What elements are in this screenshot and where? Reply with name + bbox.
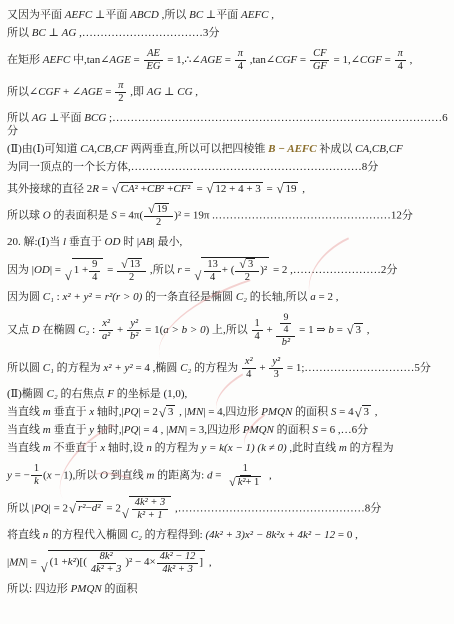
text-run: )² = 19π .…………………………………………12分 (174, 210, 413, 222)
solution-line: 20. 解:(Ⅰ)当 l 垂直于 OD 时 |AB| 最小, (7, 236, 450, 250)
text-run: 4 (255, 331, 260, 342)
text-run: 的面积 (102, 583, 138, 595)
text-run: 又因为平面 (7, 9, 65, 21)
text-run: , (372, 406, 378, 418)
text-run: = (297, 54, 309, 66)
text-run: 9 (283, 312, 288, 323)
math-symbol: 4k² + 3 (91, 564, 121, 575)
text-run: )[( (76, 556, 87, 570)
text-run: ,所以 (159, 9, 189, 21)
fraction: 8k²4k² + 3 (88, 551, 124, 576)
text-run: 中,tan∠ (70, 54, 109, 66)
math-symbol: F (107, 388, 114, 400)
text-run: 2 (118, 93, 123, 104)
radical-sign: √ (355, 404, 362, 419)
text-run: 1 + (74, 264, 88, 278)
text-run: 将直线 (7, 529, 43, 541)
text-run: 所以球 (7, 210, 43, 222)
math-symbol: 4k² − 12 (160, 551, 196, 562)
fraction: 94 (280, 312, 291, 336)
text-run: = (212, 469, 224, 481)
fraction: √32 (235, 258, 259, 284)
text-run: 的方程得到: (142, 529, 206, 541)
text-run: = (334, 324, 346, 336)
math-symbol: x² (245, 356, 253, 367)
text-run: = (99, 182, 111, 194)
radical-sign: √ (159, 404, 166, 419)
solution-line: 又点 D 在椭圆 C₂ : x²a² + y²b² = 1(a > b > 0)… (7, 312, 450, 349)
text-run: 当直线 (7, 424, 43, 436)
text-run: ² (187, 183, 190, 197)
math-symbol: m (339, 442, 347, 454)
math-symbol: AGE (81, 86, 102, 98)
solution-line: 所以 AG ⊥平面 BCG ;…………………………………………………………………… (7, 112, 450, 140)
radical-sign: √ (122, 495, 129, 521)
text-run: , (269, 9, 275, 21)
text-run: = 4π( (117, 210, 143, 222)
fraction: √192 (144, 203, 173, 229)
text-run: = (131, 54, 143, 66)
radical-sign: √ (347, 322, 354, 337)
solution-line: 所以: 四边形 PMQN 的面积 (7, 583, 450, 597)
math-symbol: AEFC (43, 54, 71, 66)
text-run: 所以: 四边形 (7, 583, 71, 595)
math-symbol: PQ (34, 502, 49, 514)
text-run: 9 (92, 259, 97, 270)
text-run: 的右焦点 (58, 388, 108, 400)
math-symbol: PQ (124, 406, 139, 418)
text-run: 在椭圆 (40, 324, 79, 336)
text-run: 的方程为 (54, 362, 104, 374)
text-run: + 1 (246, 477, 260, 489)
math-symbol: R (92, 182, 99, 194)
text-run: 4 (92, 272, 97, 283)
math-symbol: m (43, 442, 51, 454)
text-run: + (114, 324, 126, 336)
square-root: √3 (239, 258, 255, 271)
text-run: ,此时直线 (287, 442, 339, 454)
fraction: CFGF (310, 48, 330, 73)
text-run: 4 (246, 369, 251, 380)
fraction: y²b² (127, 318, 141, 343)
text-run: 其外接球的直径 2 (7, 182, 92, 194)
text-run: ² + (161, 183, 173, 197)
square-root: √CA² + CB² + CF² (112, 182, 193, 197)
square-root: √19 (277, 182, 299, 197)
math-symbol: d² (92, 502, 101, 516)
radical-sign: √ (41, 549, 48, 575)
math-symbol: x² + y² (103, 362, 132, 374)
text-run: 3 (274, 369, 279, 380)
math-symbol: b² (282, 337, 290, 348)
text-run: ,……………………………………………8分 (172, 502, 381, 514)
text-run: = 4 (336, 406, 353, 418)
square-root: √k² + 1 (229, 476, 261, 489)
math-symbol: PQ (124, 424, 139, 436)
text-run: 的方程为 (347, 442, 394, 454)
text-run: 轴时,设 (105, 442, 146, 454)
math-symbol: AEFC (241, 9, 269, 21)
math-symbol: b² (130, 331, 138, 342)
text-run: , (407, 54, 413, 66)
text-run: 1 (255, 318, 260, 329)
math-symbol: x² (102, 318, 110, 329)
math-symbol: x² + y² = r²(r > 0) (62, 291, 142, 303)
text-run: = (382, 54, 394, 66)
fraction: x²4 (242, 356, 256, 381)
text-run: 在矩形 (7, 54, 43, 66)
radical-sign: √ (277, 181, 284, 196)
math-symbol: CGF (38, 86, 60, 98)
radical-sign: √ (112, 181, 119, 196)
text-run: | = 3,四边形 (185, 424, 243, 436)
solution-line: 又因为平面 AEFC ⊥平面 ABCD ,所以 BC ⊥平面 AEFC , (7, 9, 450, 23)
math-symbol: 8k² (100, 551, 113, 562)
text-run: | = (50, 264, 64, 276)
text-run: 因为圆 (7, 291, 43, 303)
text-run: = 1,∠ (331, 54, 360, 66)
solution-line: (Ⅱ)椭圆 C₂ 的右焦点 F 的坐标是 (1,0), (7, 388, 450, 402)
text-run: = 1 ⇒ (296, 324, 328, 336)
text-run: ² + (135, 183, 147, 197)
text-run: , (193, 86, 199, 98)
fraction: AEEG (144, 48, 164, 73)
math-symbol: AE (147, 48, 160, 59)
math-symbol: AGE (109, 54, 130, 66)
text-run: ,即 (127, 86, 146, 98)
text-run: ,……………………………3分 (76, 27, 219, 39)
solution-line: 当直线 m 垂直于 x 轴时,|PQ| = 2√3 , |MN| = 4,四边形… (7, 405, 450, 420)
math-symbol: (4k² + 3)x² − 8k²x + 4k² − 12 (205, 529, 335, 541)
text-run: 的距离为: (154, 469, 207, 481)
math-symbol: AEFC (65, 9, 93, 21)
solution-line: 所以球 O 的表面积是 S = 4π(√192)² = 19π .…………………… (7, 203, 450, 229)
text-run: 的面积 (274, 424, 313, 436)
math-symbol: C₁ (43, 291, 54, 303)
math-symbol: OD (34, 264, 50, 276)
text-run: = 1( (142, 324, 163, 336)
math-symbol: CA,CB,CF (80, 143, 128, 155)
math-symbol: π (238, 48, 243, 59)
radical-sign: √ (148, 202, 155, 215)
text-run: (1 + (50, 556, 68, 570)
math-solution-document: 又因为平面 AEFC ⊥平面 ABCD ,所以 BC ⊥平面 AEFC ,所以 … (0, 0, 454, 596)
radical-sign: √ (121, 257, 128, 270)
text-run: = 1;…………………………5分 (284, 362, 431, 374)
text-run: 因为 | (7, 264, 34, 276)
solution-line: 因为 |OD| = √1 + 94 = √132 ,所以 r = √134 + … (7, 257, 450, 284)
text-run: 3 (364, 406, 370, 420)
math-symbol: CA,CB,CF (355, 143, 403, 155)
text-run: | = 4 , | (138, 424, 168, 436)
text-run: 1 (243, 463, 248, 474)
text-run: 的方程为 (191, 362, 241, 374)
math-symbol: AG (32, 112, 47, 124)
text-run: 的表面积是 (51, 210, 112, 222)
square-root: √19 (148, 203, 169, 216)
radical-sign: √ (65, 257, 72, 283)
solution-line: 所以 BC ⊥ AG ,……………………………3分 (7, 27, 450, 41)
math-symbol: AG (147, 86, 162, 98)
solution-line: 在矩形 AEFC 中,tan∠AGE = AEEG = 1,∴∠AGE = π4… (7, 48, 450, 73)
text-run: 的一条直径是椭圆 (142, 291, 236, 303)
text-run: 到直线 (108, 469, 147, 481)
fraction: 1√k² + 1 (225, 463, 265, 489)
text-run: 4 (398, 61, 403, 72)
math-symbol: BC (32, 27, 46, 39)
solution-line: y = −1k(x − 1),所以 O 到直线 m 的距离为: d = 1√k²… (7, 463, 450, 489)
text-run: 所以圆 (7, 362, 43, 374)
math-symbol: OD (105, 236, 121, 248)
radical-sign: √ (194, 256, 201, 283)
math-symbol: O (43, 210, 51, 222)
text-run: 轴时,| (94, 424, 124, 436)
text-run: 3 (168, 406, 174, 420)
fraction: π4 (395, 48, 406, 73)
fraction: y²3 (269, 356, 283, 381)
math-symbol: B − AEFC (268, 143, 316, 155)
text-run: ⊥ (46, 27, 62, 39)
text-run: 垂直于 (51, 406, 90, 418)
math-symbol: C₁ (43, 362, 54, 374)
text-run: = 0 , (335, 529, 358, 541)
solution-line: 将直线 n 的方程代入椭圆 C₂ 的方程得到: (4k² + 3)x² − 8k… (7, 529, 450, 543)
text-run: 2 (156, 217, 161, 228)
text-run: 两两垂直,所以可以把四棱锥 (128, 143, 268, 155)
text-run: 补成以 (317, 143, 356, 155)
math-symbol: PMQN (71, 583, 102, 595)
text-run: , (299, 182, 305, 194)
math-symbol: y² (272, 356, 280, 367)
radical-sign: √ (239, 257, 246, 270)
math-symbol: C₂ (131, 529, 142, 541)
text-run: ⊥ (161, 86, 177, 98)
text-run: 所以 | (7, 502, 34, 514)
text-run: ⊥平面 (46, 112, 84, 124)
text-run: = 1,∴∠ (164, 54, 200, 66)
square-root: √3 (355, 405, 371, 420)
math-symbol: k² + 1 (137, 510, 162, 521)
fraction: π2 (115, 80, 126, 105)
text-run: 2 (245, 272, 250, 283)
square-root: √134 + (√32)² (194, 257, 269, 284)
math-symbol: k² (238, 477, 246, 489)
math-symbol: CA (121, 183, 135, 197)
square-root: √r² − d² (69, 501, 103, 516)
math-symbol: MN (187, 406, 204, 418)
math-symbol: CGF (360, 54, 382, 66)
square-root: √3 (347, 323, 363, 338)
math-symbol: C₂ (47, 388, 58, 400)
text-run: 3 (356, 324, 362, 338)
square-root: √4k² + 3k² + 1 (122, 496, 171, 522)
text-run: 13 (130, 259, 140, 271)
text-run: , (206, 556, 212, 568)
text-run: = 6 ,…6分 (318, 424, 368, 436)
radical-sign: √ (206, 181, 213, 196)
fraction: x²a² (99, 318, 113, 343)
math-symbol: π (118, 80, 123, 91)
math-symbol: O (100, 469, 108, 481)
fraction: 1k (31, 463, 42, 488)
math-symbol: D (32, 324, 40, 336)
text-run: ) 上,所以 (206, 324, 251, 336)
math-symbol: π (398, 48, 403, 59)
text-run: 又点 (7, 324, 32, 336)
text-run: 所以 (7, 112, 32, 124)
text-run: = (222, 54, 234, 66)
text-run: 2 (129, 272, 134, 283)
solution-line: (Ⅱ)由(Ⅰ)可知道 CA,CB,CF 两两垂直,所以可以把四棱锥 B − AE… (7, 143, 450, 157)
text-run: 当直线 (7, 406, 43, 418)
text-run: 13 (207, 259, 217, 270)
text-run: ⊥平面 (203, 9, 241, 21)
text-run: 1 (34, 463, 39, 474)
text-run: , (266, 469, 272, 481)
text-run: (Ⅱ)椭圆 (7, 388, 47, 400)
math-symbol: AGE (201, 54, 222, 66)
text-run: 的方程为 (152, 442, 202, 454)
text-run: 20. 解:(Ⅰ)当 (7, 236, 63, 248)
text-run: 垂直于 (51, 424, 90, 436)
text-run: = (264, 182, 276, 194)
text-run: ,所以 (147, 264, 177, 276)
math-symbol: EG (147, 61, 161, 72)
text-run: = (194, 182, 206, 194)
math-symbol: MN (9, 556, 26, 568)
text-run: 的面积 (292, 406, 331, 418)
math-symbol: CF (313, 48, 326, 59)
text-run: 4 (238, 61, 243, 72)
text-run: 的长轴,所以 (247, 291, 310, 303)
square-root: √3 (159, 405, 175, 420)
text-run: = 4 ,椭圆 (133, 362, 180, 374)
square-root: √1 + 94 (65, 258, 104, 284)
math-symbol: k² (68, 556, 76, 570)
text-run: 时 | (120, 236, 139, 248)
text-run: 的方程代入椭圆 (48, 529, 131, 541)
solution-line: 因为圆 C₁ : x² + y² = r²(r > 0) 的一条直径是椭圆 C₂… (7, 291, 450, 305)
math-symbol: AB (139, 236, 152, 248)
radical-sign: √ (69, 500, 76, 515)
text-run: | 最小, (153, 236, 183, 248)
text-run: 不垂直于 (51, 442, 101, 454)
text-run: 所以 (7, 27, 32, 39)
text-run: = 2 , (316, 291, 339, 303)
math-symbol: PMQN (243, 424, 274, 436)
text-run: = − (12, 469, 30, 481)
math-symbol: GF (313, 61, 327, 72)
math-symbol: CG (177, 86, 192, 98)
square-root: √(1 + k²)[(8k²4k² + 3)² − 4×4k² − 124k² … (41, 550, 205, 576)
fraction: 14 (252, 318, 263, 343)
text-run: | = (26, 556, 40, 568)
text-run: − 1),所以 (52, 469, 100, 481)
math-symbol: 4k² + 3 (162, 564, 192, 575)
math-symbol: k (34, 476, 39, 487)
text-run: 3 (248, 259, 253, 271)
text-run: 19 (285, 183, 296, 197)
solution-line: 当直线 m 不垂直于 x 轴时,设 n 的方程为 y = k(x − 1) (k… (7, 442, 450, 456)
text-run: 4 (283, 324, 288, 335)
solution-line: 所以 |PQ| = 2√r² − d² = 2√4k² + 3k² + 1 ,…… (7, 496, 450, 522)
math-symbol: BCG (84, 112, 106, 124)
solution-line: 所以∠CGF + ∠AGE = π2 ,即 AG ⊥ CG , (7, 80, 450, 105)
text-run: 为同一顶点的一个长方体,………………………………………………………8分 (7, 161, 378, 173)
text-run: )² − 4× (125, 556, 155, 570)
math-symbol: CGF (275, 54, 297, 66)
math-symbol: CF (173, 183, 187, 197)
solution-line: 其外接球的直径 2R = √CA² + CB² + CF² = √12 + 4 … (7, 182, 450, 197)
text-run: , (364, 324, 370, 336)
math-symbol: m (43, 406, 51, 418)
text-run: = (104, 264, 116, 276)
math-symbol: C₂ (180, 362, 191, 374)
fraction: 134 (204, 259, 220, 284)
text-run: ⊥平面 (92, 9, 130, 21)
math-symbol: C₂ (236, 291, 247, 303)
text-run: + ( (222, 264, 235, 278)
math-symbol: y² (130, 318, 138, 329)
math-symbol: MN (168, 424, 185, 436)
text-run: 当直线 (7, 442, 43, 454)
fraction: 4k² − 124k² + 3 (157, 551, 199, 576)
math-symbol: ABCD (130, 9, 159, 21)
radical-sign: √ (229, 475, 236, 488)
text-run: = (103, 86, 115, 98)
text-run: 垂直于 (66, 236, 105, 248)
text-run: ,tan∠ (247, 54, 275, 66)
math-symbol: CB (147, 183, 161, 197)
text-run: 19 (157, 204, 167, 216)
text-run: + (264, 324, 276, 336)
text-run: : (89, 324, 98, 336)
math-symbol: a² (102, 331, 110, 342)
square-root: √12 + 4 + 3 (206, 182, 262, 197)
square-root: √13 (121, 258, 142, 271)
math-symbol: C₂ (78, 324, 89, 336)
math-symbol: a > b > 0 (163, 324, 205, 336)
solution-line: |MN| = √(1 + k²)[(8k²4k² + 3)² − 4×4k² −… (7, 550, 450, 576)
text-run: 的坐标是 (1,0), (114, 388, 187, 400)
text-run: 轴时,| (94, 406, 124, 418)
text-run: 所以∠ (7, 86, 38, 98)
text-run: (Ⅱ)由(Ⅰ)可知道 (7, 143, 80, 155)
solution-line: 为同一顶点的一个长方体,………………………………………………………8分 (7, 161, 450, 175)
fraction: 94b² (276, 312, 295, 349)
math-symbol: BC (189, 9, 203, 21)
text-run: + ∠ (60, 86, 81, 98)
math-symbol: y = k(x − 1) (k ≠ 0) (201, 442, 286, 454)
text-run: = (182, 264, 194, 276)
fraction: π4 (235, 48, 246, 73)
math-symbol: AG (62, 27, 77, 39)
text-run: )² (260, 264, 267, 278)
math-symbol: 4k² + 3 (135, 497, 165, 508)
solution-line: 当直线 m 垂直于 y 轴时,|PQ| = 4 , |MN| = 3,四边形 P… (7, 424, 450, 438)
text-run: = 2 ,……………………2分 (270, 264, 397, 276)
math-symbol: r² (78, 502, 86, 516)
text-run: , | (176, 406, 186, 418)
fraction: √132 (117, 258, 146, 284)
math-symbol: m (43, 424, 51, 436)
solution-line: 所以圆 C₁ 的方程为 x² + y² = 4 ,椭圆 C₂ 的方程为 x²4 … (7, 356, 450, 381)
text-run: | = 2 (138, 406, 157, 418)
math-symbol: PMQN (261, 406, 292, 418)
text-run: 4 (210, 272, 215, 283)
text-run: + (257, 362, 269, 374)
fraction: 94 (89, 259, 100, 284)
